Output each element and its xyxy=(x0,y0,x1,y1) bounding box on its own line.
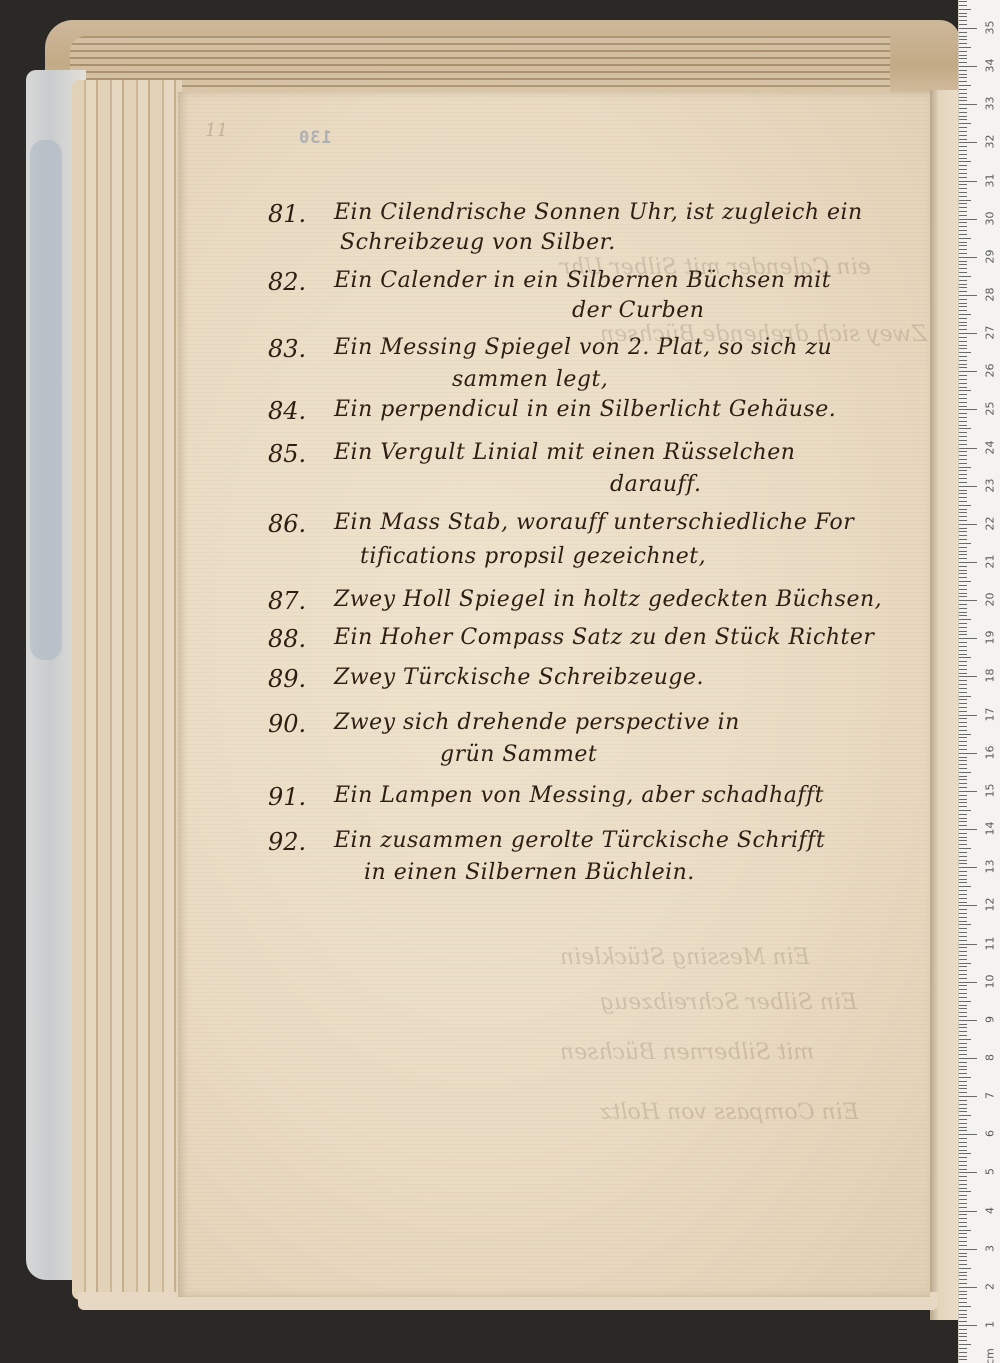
ruler-tick xyxy=(959,795,967,796)
ruler-tick xyxy=(959,207,967,208)
ruler-tick xyxy=(959,299,967,300)
ruler-tick xyxy=(959,1039,971,1040)
ruler-tick xyxy=(959,463,967,464)
ruler-tick xyxy=(959,371,977,372)
ruler-tick xyxy=(959,718,967,719)
ruler-tick xyxy=(959,703,967,704)
ruler-tick xyxy=(959,745,967,746)
ruler-tick xyxy=(959,1069,967,1070)
ruler-tick xyxy=(959,505,971,506)
ruler-tick xyxy=(959,581,971,582)
ruler-tick xyxy=(959,333,977,334)
ruler-tick xyxy=(959,776,967,777)
ruler-tick xyxy=(959,913,967,914)
ruler-tick xyxy=(959,234,967,235)
ruler-tick xyxy=(959,1001,971,1002)
ruler-tick xyxy=(959,1088,967,1089)
ruler-tick xyxy=(959,295,977,296)
ruler-label: 34 xyxy=(984,55,997,77)
ruler-tick xyxy=(959,886,971,887)
ruler-tick xyxy=(959,387,967,388)
ruler-tick xyxy=(959,535,967,536)
ruler-tick xyxy=(959,554,967,555)
ruler-tick xyxy=(959,1081,967,1082)
ruler-tick xyxy=(959,318,967,319)
ruler-tick xyxy=(959,665,967,666)
ruler-tick xyxy=(959,684,967,685)
ruler-label: 4 xyxy=(984,1200,997,1222)
ruler-tick xyxy=(959,692,967,693)
ruler-tick xyxy=(959,5,967,6)
ruler-tick xyxy=(959,1310,967,1311)
ruler-label: 22 xyxy=(984,513,997,535)
scan-stage: 11 130 ein Calender mit Silber UhrZwey s… xyxy=(0,0,1000,1363)
ruler-tick xyxy=(959,1287,977,1288)
ruler-tick xyxy=(959,1172,977,1173)
ruler-tick xyxy=(959,47,971,48)
ruler-tick xyxy=(959,1226,967,1227)
ruler-tick xyxy=(959,520,967,521)
ruler-label: 2 xyxy=(984,1276,997,1298)
ruler-tick xyxy=(959,844,967,845)
ruler-tick xyxy=(959,863,967,864)
ruler-tick xyxy=(959,787,967,788)
ruler-tick xyxy=(959,924,971,925)
ruler-tick xyxy=(959,436,967,437)
ruler-tick xyxy=(959,1176,967,1177)
ruler-tick xyxy=(959,1230,971,1231)
ruler-tick xyxy=(959,646,967,647)
ruler-tick xyxy=(959,840,967,841)
ruler-label: 7 xyxy=(984,1085,997,1107)
ruler-tick xyxy=(959,375,967,376)
ruler-tick xyxy=(959,1283,967,1284)
ruler-tick xyxy=(959,848,971,849)
ruler-tick xyxy=(959,1325,977,1326)
ruler-tick xyxy=(959,345,967,346)
ruler-label: 17 xyxy=(984,704,997,726)
ruler-tick xyxy=(959,428,971,429)
ruler-tick xyxy=(959,898,967,899)
ruler-tick xyxy=(959,356,967,357)
ruler-tick xyxy=(959,1180,967,1181)
ruler-tick xyxy=(959,100,967,101)
ruler-tick xyxy=(959,619,971,620)
entry-text-continuation: darauff. xyxy=(610,472,702,497)
ruler-tick xyxy=(959,1,967,2)
ruler-tick xyxy=(959,966,967,967)
ruler-tick xyxy=(959,1153,971,1154)
ruler-tick xyxy=(959,947,967,948)
ruler-tick xyxy=(959,875,967,876)
ruler-tick xyxy=(959,413,967,414)
ruler-tick xyxy=(959,1150,967,1151)
ruler-tick xyxy=(959,802,967,803)
ruler-tick xyxy=(959,1329,967,1330)
ruler-tick xyxy=(959,997,967,998)
ruler-tick xyxy=(959,1241,967,1242)
ruler-tick xyxy=(959,1031,967,1032)
ruler-tick xyxy=(959,486,977,487)
ruler-tick xyxy=(959,791,977,792)
ruler-tick xyxy=(959,1306,971,1307)
ruler-tick xyxy=(959,982,977,983)
ruler-tick xyxy=(959,1077,971,1078)
ruler-tick xyxy=(959,909,967,910)
ruler-tick xyxy=(959,66,977,67)
ruler-tick xyxy=(959,131,967,132)
ruler-tick xyxy=(959,577,967,578)
ruler-tick xyxy=(959,238,971,239)
ruler-tick xyxy=(959,13,967,14)
ruler-tick xyxy=(959,1279,967,1280)
ruler-tick xyxy=(959,93,967,94)
ruler-tick xyxy=(959,421,967,422)
ruler-tick xyxy=(959,1253,967,1254)
ruler-tick xyxy=(959,715,977,716)
ruler-tick xyxy=(959,448,977,449)
ruler-tick xyxy=(959,497,967,498)
ruler-tick xyxy=(959,772,971,773)
ruler-tick xyxy=(959,74,967,75)
ruler-tick xyxy=(959,196,967,197)
ruler-label: 25 xyxy=(984,398,997,420)
bleed-through-line: Ein Compass von Holtz xyxy=(600,1100,859,1125)
ruler-tick xyxy=(959,1260,967,1261)
ruler-tick xyxy=(959,173,967,174)
ruler-tick xyxy=(959,921,967,922)
ruler-tick xyxy=(959,467,971,468)
ruler-tick xyxy=(959,1066,967,1067)
ruler-label: 27 xyxy=(984,322,997,344)
ruler-tick xyxy=(959,814,967,815)
ruler-tick xyxy=(959,1348,967,1349)
ruler-tick xyxy=(959,58,967,59)
ruler-tick xyxy=(959,699,967,700)
ruler-tick xyxy=(959,1024,967,1025)
ruler-tick xyxy=(959,566,967,567)
ruler-tick xyxy=(959,459,967,460)
ruler-tick xyxy=(959,543,971,544)
bleed-through-line: mit Silbernen Büchsen xyxy=(560,1040,814,1065)
ruler-tick xyxy=(959,1237,967,1238)
ruler-tick xyxy=(959,1233,967,1234)
ruler-label: 35 xyxy=(984,17,997,39)
ruler-tick xyxy=(959,211,967,212)
ruler-tick xyxy=(959,219,977,220)
entry-text: Ein Vergult Linial mit einen Rüsselchen xyxy=(334,440,795,465)
ruler-tick xyxy=(959,455,967,456)
measurement-ruler: 1234567891011121314151617181920212223242… xyxy=(958,0,1000,1363)
ruler-label: 15 xyxy=(984,780,997,802)
ruler-tick xyxy=(959,573,967,574)
ruler-tick xyxy=(959,989,967,990)
ruler-tick xyxy=(959,1104,967,1105)
entry-text: Zwey Holl Spiegel in holtz gedeckten Büc… xyxy=(334,587,882,612)
ruler-tick xyxy=(959,161,971,162)
ruler-tick xyxy=(959,406,967,407)
ruler-tick xyxy=(959,77,967,78)
ruler-tick xyxy=(959,512,967,513)
ruler-tick xyxy=(959,119,967,120)
ruler-tick xyxy=(959,81,967,82)
ruler-tick xyxy=(959,230,967,231)
ruler-tick xyxy=(959,570,967,571)
ruler-tick xyxy=(959,1111,967,1112)
ruler-tick xyxy=(959,432,967,433)
ruler-tick xyxy=(959,1142,967,1143)
entry-text: Ein Cilendrische Sonnen Uhr, ist zugleic… xyxy=(334,200,863,225)
ruler-tick xyxy=(959,280,967,281)
ruler-tick xyxy=(959,62,967,63)
ruler-tick xyxy=(959,1134,977,1135)
ruler-tick xyxy=(959,264,967,265)
ruler-tick xyxy=(959,1256,967,1257)
ruler-tick xyxy=(959,1294,967,1295)
ruler-tick xyxy=(959,253,967,254)
ruler-tick xyxy=(959,833,967,834)
ruler-tick xyxy=(959,905,977,906)
ruler-tick xyxy=(959,325,967,326)
ruler-tick xyxy=(959,951,967,952)
entry-number: 92. xyxy=(268,828,306,856)
ruler-tick xyxy=(959,558,967,559)
ruler-tick xyxy=(959,360,967,361)
ruler-label: 28 xyxy=(984,284,997,306)
ruler-tick xyxy=(959,959,967,960)
ruler-tick xyxy=(959,303,967,304)
entry-text: Ein Hoher Compass Satz zu den Stück Rich… xyxy=(334,625,874,650)
ruler-tick xyxy=(959,1035,967,1036)
ruler-tick xyxy=(959,24,967,25)
ruler-tick xyxy=(959,1203,967,1204)
ruler-tick xyxy=(959,188,967,189)
ruler-tick xyxy=(959,1165,967,1166)
ruler-label: 11 xyxy=(984,933,997,955)
ruler-tick xyxy=(959,627,967,628)
facing-page-edge xyxy=(930,90,960,1320)
ruler-label: 30 xyxy=(984,208,997,230)
ruler-tick xyxy=(959,127,967,128)
ruler-tick xyxy=(959,753,977,754)
ruler-tick xyxy=(959,825,967,826)
ruler-tick xyxy=(959,539,967,540)
ruler-tick xyxy=(959,352,971,353)
ruler-tick xyxy=(959,470,967,471)
entry-text: Ein Mass Stab, worauff unterschiedliche … xyxy=(334,510,854,535)
ruler-tick xyxy=(959,810,971,811)
ruler-label: 12 xyxy=(984,894,997,916)
ruler-tick xyxy=(959,688,967,689)
ruler-tick xyxy=(959,85,971,86)
ruler-label: 29 xyxy=(984,246,997,268)
ruler-tick xyxy=(959,696,971,697)
ruler-tick xyxy=(959,1333,967,1334)
ruler-tick xyxy=(959,367,967,368)
ruler-tick xyxy=(959,222,967,223)
ruler-tick xyxy=(959,631,967,632)
ruler-tick xyxy=(959,612,967,613)
ruler-tick xyxy=(959,203,967,204)
ruler-tick xyxy=(959,1298,967,1299)
ruler-tick xyxy=(959,730,967,731)
ruler-tick xyxy=(959,394,967,395)
ruler-tick xyxy=(959,16,967,17)
ruler-tick xyxy=(959,1249,977,1250)
ruler-tick xyxy=(959,799,967,800)
ruler-tick xyxy=(959,1161,967,1162)
ruler-tick xyxy=(959,43,967,44)
ruler-tick xyxy=(959,287,967,288)
ruler-tick xyxy=(959,726,967,727)
ruler-tick xyxy=(959,1043,967,1044)
ruler-tick xyxy=(959,829,977,830)
folio-number-stamp: 130 xyxy=(298,128,332,148)
ruler-tick xyxy=(959,226,967,227)
ruler-tick xyxy=(959,589,967,590)
ruler-tick xyxy=(959,482,967,483)
ruler-tick xyxy=(959,879,967,880)
ruler-tick xyxy=(959,1207,967,1208)
ruler-tick xyxy=(959,1119,967,1120)
corner-mark: 11 xyxy=(205,120,228,141)
ruler-tick xyxy=(959,894,967,895)
ruler-tick xyxy=(959,737,967,738)
ruler-tick xyxy=(959,165,967,166)
ruler-tick xyxy=(959,821,967,822)
ruler-label: 3 xyxy=(984,1238,997,1260)
entry-number: 83. xyxy=(268,335,306,363)
ruler-label: 6 xyxy=(984,1123,997,1145)
ruler-label: 33 xyxy=(984,93,997,115)
entry-number: 88. xyxy=(268,625,306,653)
ruler-tick xyxy=(959,245,967,246)
ruler-tick xyxy=(959,882,967,883)
ruler-tick xyxy=(959,291,967,292)
ruler-tick xyxy=(959,268,967,269)
ruler-tick xyxy=(959,158,967,159)
ruler-tick xyxy=(959,116,967,117)
ruler-tick xyxy=(959,1146,967,1147)
entry-text-continuation: in einen Silbernen Büchlein. xyxy=(364,860,695,885)
entry-text-continuation: grün Sammet xyxy=(440,742,597,767)
ruler-tick xyxy=(959,1356,967,1357)
ruler-tick xyxy=(959,818,967,819)
ruler-tick xyxy=(959,741,967,742)
ruler-tick xyxy=(959,1062,967,1063)
ruler-tick xyxy=(959,1314,967,1315)
entry-number: 89. xyxy=(268,665,306,693)
ruler-tick xyxy=(959,1047,967,1048)
ruler-tick xyxy=(959,89,967,90)
page-layers-top xyxy=(70,36,890,96)
entry-text: Zwey Türckische Schreibzeuge. xyxy=(334,665,704,690)
ruler-label: 5 xyxy=(984,1161,997,1183)
ruler-tick xyxy=(959,1012,967,1013)
ruler-tick xyxy=(959,1340,967,1341)
ruler-tick xyxy=(959,551,967,552)
ruler-tick xyxy=(959,1291,967,1292)
ruler-tick xyxy=(959,181,977,182)
ruler-tick xyxy=(959,169,967,170)
ruler-tick xyxy=(959,902,967,903)
ruler-tick xyxy=(959,940,967,941)
ruler-tick xyxy=(959,1123,967,1124)
ruler-tick xyxy=(959,528,967,529)
ruler-tick xyxy=(959,1085,967,1086)
entry-number: 81. xyxy=(268,200,306,228)
ruler-tick xyxy=(959,978,967,979)
ruler-tick xyxy=(959,1211,977,1212)
ruler-tick xyxy=(959,322,967,323)
ruler-tick xyxy=(959,1352,967,1353)
ruler-tick xyxy=(959,562,977,563)
ruler-tick xyxy=(959,177,967,178)
entry-number: 84. xyxy=(268,397,306,425)
ruler-tick xyxy=(959,1096,977,1097)
ruler-label: 14 xyxy=(984,818,997,840)
ruler-tick xyxy=(959,409,977,410)
entry-text-continuation: sammen legt, xyxy=(452,367,608,392)
ruler-tick xyxy=(959,1020,977,1021)
ruler-tick xyxy=(959,1344,971,1345)
ruler-tick xyxy=(959,1127,967,1128)
ruler-tick xyxy=(959,249,967,250)
bleed-through-line: Ein Messing Stücklein xyxy=(560,945,810,970)
ruler-tick xyxy=(959,711,967,712)
entry-text: Ein Lampen von Messing, aber schadhafft xyxy=(334,783,824,808)
ruler-tick xyxy=(959,55,967,56)
ruler-tick xyxy=(959,917,967,918)
ruler-tick xyxy=(959,310,967,311)
ruler-tick xyxy=(959,314,971,315)
ruler-tick xyxy=(959,985,967,986)
ruler-tick xyxy=(959,867,977,868)
ruler-tick xyxy=(959,779,967,780)
ruler-tick xyxy=(959,215,967,216)
ruler-tick xyxy=(959,1157,967,1158)
ruler-tick xyxy=(959,963,971,964)
ruler-tick xyxy=(959,1050,967,1051)
ruler-tick xyxy=(959,1092,967,1093)
ruler-tick xyxy=(959,608,967,609)
ruler-tick xyxy=(959,1268,971,1269)
entry-number: 86. xyxy=(268,510,306,538)
ruler-tick xyxy=(959,1245,967,1246)
entry-number: 90. xyxy=(268,710,306,738)
ruler-tick xyxy=(959,1016,967,1017)
ruler-tick xyxy=(959,524,977,525)
ruler-label: 1 xyxy=(984,1314,997,1336)
ruler-tick xyxy=(959,1169,967,1170)
page-stack-edges xyxy=(72,80,182,1300)
ruler-tick xyxy=(959,600,977,601)
ruler-tick xyxy=(959,1058,977,1059)
ruler-label: 10 xyxy=(984,971,997,993)
cover-stain xyxy=(30,140,62,660)
ruler-tick xyxy=(959,955,967,956)
ruler-tick xyxy=(959,493,967,494)
ruler-tick xyxy=(959,1073,967,1074)
ruler-tick xyxy=(959,654,967,655)
ruler-tick xyxy=(959,112,967,113)
entry-number: 82. xyxy=(268,268,306,296)
ruler-tick xyxy=(959,9,971,10)
ruler-tick xyxy=(959,638,977,639)
ruler-tick xyxy=(959,707,967,708)
ruler-tick xyxy=(959,200,971,201)
ruler-tick xyxy=(959,142,977,143)
